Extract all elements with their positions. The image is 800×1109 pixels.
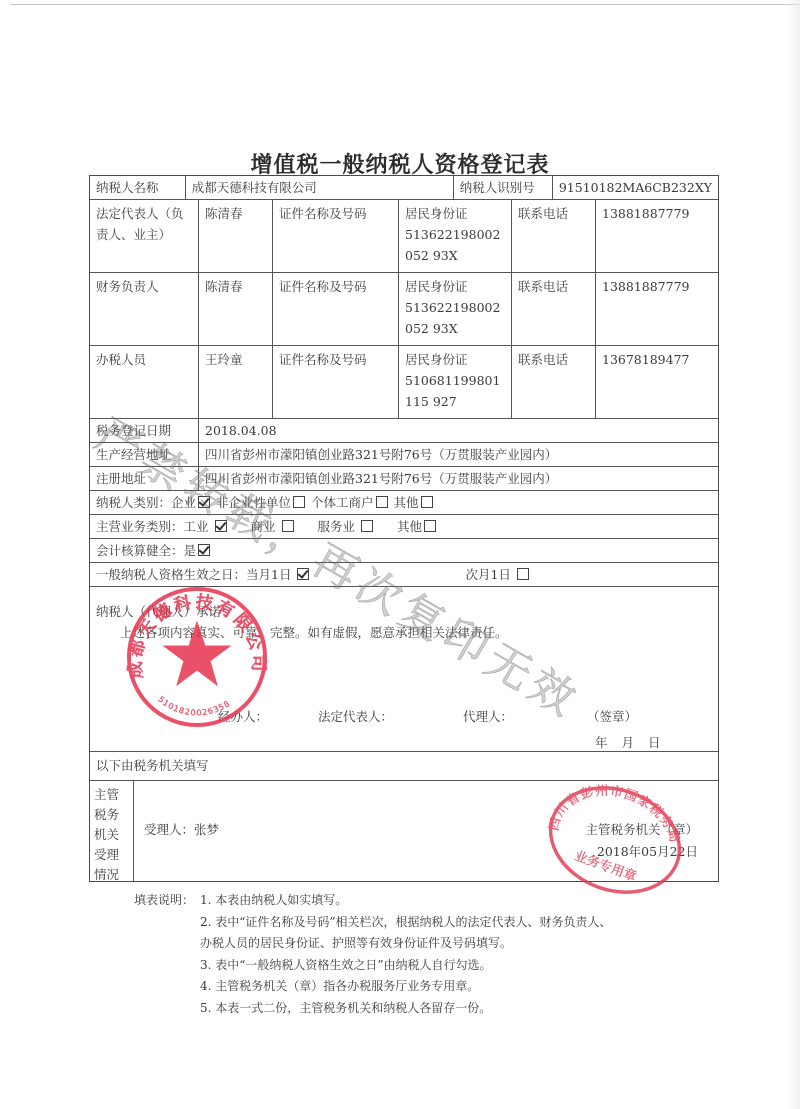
accounting-row: 会计核算健全：是	[90, 539, 718, 563]
label-line: 机关	[94, 827, 119, 842]
taxpayer-row: 纳税人名称 成都天德科技有限公司 纳税人识别号 91510182MA6CB232…	[90, 176, 718, 200]
person-id-label: 证件名称及号码	[273, 273, 399, 345]
tax-authority-body: 受理人：张梦 主管税务机关（章） 2018年05月22日	[134, 781, 718, 881]
legal-rep-signature-label: 法定代表人：	[318, 706, 393, 727]
checkbox-enterprise[interactable]	[198, 496, 210, 508]
taxpayer-name: 成都天德科技有限公司	[186, 176, 454, 199]
note-item: 办税人员的居民身份证、护照等有效身份证件及号码填写。	[134, 933, 612, 955]
checkbox-service[interactable]	[361, 520, 373, 532]
option-label: 其他	[397, 519, 422, 534]
registered-address: 四川省彭州市濛阳镇创业路321号附76号（万贯服装产业园内）	[199, 467, 718, 490]
checkbox-current-month[interactable]	[297, 568, 309, 580]
accepter: 受理人：张梦	[144, 819, 219, 840]
option-label: 企业	[171, 495, 196, 510]
registration-form: 纳税人名称 成都天德科技有限公司 纳税人识别号 91510182MA6CB232…	[89, 175, 719, 882]
taxpayer-type: 纳税人类别：企业 非企业性单位 个体工商户 其他	[90, 491, 718, 514]
person-id-type: 居民身份证	[405, 279, 468, 294]
person-phone: 13678189477	[596, 346, 718, 418]
person-phone-label: 联系电话	[512, 200, 596, 272]
authority-seal-label: 主管税务机关（章）	[585, 822, 698, 837]
tax-authority-section-label: 主管 税务 机关 受理 情况	[90, 781, 134, 881]
label-line: 情况	[94, 867, 119, 882]
person-id-label: 证件名称及号码	[273, 346, 399, 418]
person-id-label: 证件名称及号码	[273, 200, 399, 272]
registered-address-label: 注册地址	[90, 467, 199, 490]
form-notes: 填表说明：1. 本表由纳税人如实填写。 2. 表中“证件名称及号码”相关栏次，根…	[134, 890, 612, 1019]
declaration-body: 上述各项内容真实、可靠、完整。如有虚假，愿意承担相关法律责任。	[96, 622, 712, 643]
person-row-tax-officer: 办税人员 王玲童 证件名称及号码 居民身份证 510681199801115 9…	[90, 346, 718, 419]
person-phone: 13881887779	[596, 200, 718, 272]
checkbox-next-month[interactable]	[517, 568, 529, 580]
effective-date-label: 一般纳税人资格生效之日：	[96, 567, 246, 582]
seal-label: （签章）	[587, 706, 637, 727]
tin-label: 纳税人识别号	[454, 176, 553, 199]
person-name: 陈清春	[199, 273, 273, 345]
note-item: 3. 表中“一般纳税人资格生效之日”由纳税人自行勾选。	[134, 955, 612, 977]
option-label: 个体工商户	[311, 495, 374, 510]
business-address: 四川省彭州市濛阳镇创业路321号附76号（万贯服装产业园内）	[199, 443, 718, 466]
main-business-label: 主营业务类别：	[96, 519, 184, 534]
notes-label: 填表说明：	[134, 890, 200, 912]
person-role: 法定代表人（负责人、业主）	[90, 200, 199, 272]
person-id-number: 510681199801115 927	[405, 373, 500, 409]
accepter-label: 受理人：	[144, 822, 194, 837]
agent-signature-label: 代理人：	[463, 706, 513, 727]
option-label: 服务业	[317, 519, 355, 534]
option-label: 次月1日	[465, 567, 510, 582]
checkbox-accounting-yes[interactable]	[198, 544, 210, 556]
note-item: 5. 本表一式二份，主管税务机关和纳税人各留存一份。	[134, 998, 612, 1020]
checkbox-commerce[interactable]	[282, 520, 294, 532]
tax-authority-row: 主管 税务 机关 受理 情况 受理人：张梦 主管税务机关（章） 2018年05月…	[90, 781, 718, 881]
taxpayer-type-label: 纳税人类别：	[96, 495, 171, 510]
main-business: 主营业务类别：工业 商业 服务业 其他	[90, 515, 718, 538]
checkbox-industry[interactable]	[215, 520, 227, 532]
label-line: 主管	[94, 787, 119, 802]
effective-date-row: 一般纳税人资格生效之日：当月1日 次月1日	[90, 563, 718, 587]
option-label: 商业	[251, 519, 276, 534]
person-name: 陈清春	[199, 200, 273, 272]
option-label: 非企业性单位	[216, 495, 291, 510]
handler-signature-label: 经办人：	[218, 706, 268, 727]
acceptance-date: 2018年05月22日	[597, 844, 698, 859]
person-id-number: 513622198002052 93X	[405, 300, 500, 336]
person-id-type: 居民身份证	[405, 206, 468, 221]
effective-date: 一般纳税人资格生效之日：当月1日 次月1日	[90, 563, 718, 586]
person-id-value: 居民身份证 513622198002052 93X	[399, 200, 512, 272]
checkbox-other[interactable]	[421, 496, 433, 508]
accounting: 会计核算健全：是	[90, 539, 718, 562]
checkbox-individual-business[interactable]	[376, 496, 388, 508]
checkbox-other-business[interactable]	[424, 520, 436, 532]
person-name: 王玲童	[199, 346, 273, 418]
person-row-legal-rep: 法定代表人（负责人、业主） 陈清春 证件名称及号码 居民身份证 51362219…	[90, 200, 718, 273]
business-address-label: 生产经营地址	[90, 443, 199, 466]
declaration-row: 纳税人（代理人）承诺： 上述各项内容真实、可靠、完整。如有虚假，愿意承担相关法律…	[90, 587, 718, 752]
option-label: 工业	[184, 519, 209, 534]
person-id-value: 居民身份证 513622198002052 93X	[399, 273, 512, 345]
declaration: 纳税人（代理人）承诺： 上述各项内容真实、可靠、完整。如有虚假，愿意承担相关法律…	[90, 587, 718, 751]
person-row-finance: 财务负责人 陈清春 证件名称及号码 居民身份证 513622198002052 …	[90, 273, 718, 346]
note-item: 1. 本表由纳税人如实填写。	[200, 893, 347, 907]
accepter-name: 张梦	[194, 822, 219, 837]
tax-authority-header-row: 以下由税务机关填写	[90, 752, 718, 781]
person-phone-label: 联系电话	[512, 346, 596, 418]
business-address-row: 生产经营地址 四川省彭州市濛阳镇创业路321号附76号（万贯服装产业园内）	[90, 443, 718, 467]
declaration-date: 年 月 日	[595, 732, 660, 753]
person-id-type: 居民身份证	[405, 352, 468, 367]
person-id-value: 居民身份证 510681199801115 927	[399, 346, 512, 418]
person-phone: 13881887779	[596, 273, 718, 345]
main-business-row: 主营业务类别：工业 商业 服务业 其他	[90, 515, 718, 539]
option-label: 是	[184, 543, 197, 558]
authority-seal-block: 主管税务机关（章） 2018年05月22日	[585, 819, 698, 863]
registered-address-row: 注册地址 四川省彭州市濛阳镇创业路321号附76号（万贯服装产业园内）	[90, 467, 718, 491]
note-item: 2. 表中“证件名称及号码”相关栏次，根据纳税人的法定代表人、财务负责人、	[134, 912, 612, 934]
label-line: 税务	[94, 807, 119, 822]
registration-date-row: 税务登记日期 2018.04.08	[90, 419, 718, 443]
person-role: 财务负责人	[90, 273, 199, 345]
option-label: 其他	[394, 495, 419, 510]
checkbox-non-enterprise[interactable]	[293, 496, 305, 508]
note-item: 4. 主管税务机关（章）指各办税服务厅业务专用章。	[134, 976, 612, 998]
person-role: 办税人员	[90, 346, 199, 418]
registration-date: 2018.04.08	[199, 419, 718, 442]
scan-edge-line	[10, 4, 800, 5]
tax-authority-header: 以下由税务机关填写	[90, 752, 718, 780]
person-id-number: 513622198002052 93X	[405, 227, 500, 263]
taxpayer-type-row: 纳税人类别：企业 非企业性单位 个体工商户 其他	[90, 491, 718, 515]
declaration-title: 纳税人（代理人）承诺：	[96, 601, 712, 622]
tin-value: 91510182MA6CB232XY	[553, 176, 718, 199]
person-phone-label: 联系电话	[512, 273, 596, 345]
accounting-label: 会计核算健全：	[96, 543, 184, 558]
label-line: 受理	[94, 847, 119, 862]
registration-date-label: 税务登记日期	[90, 419, 199, 442]
option-label: 当月1日	[246, 567, 291, 582]
taxpayer-name-label: 纳税人名称	[90, 176, 186, 199]
